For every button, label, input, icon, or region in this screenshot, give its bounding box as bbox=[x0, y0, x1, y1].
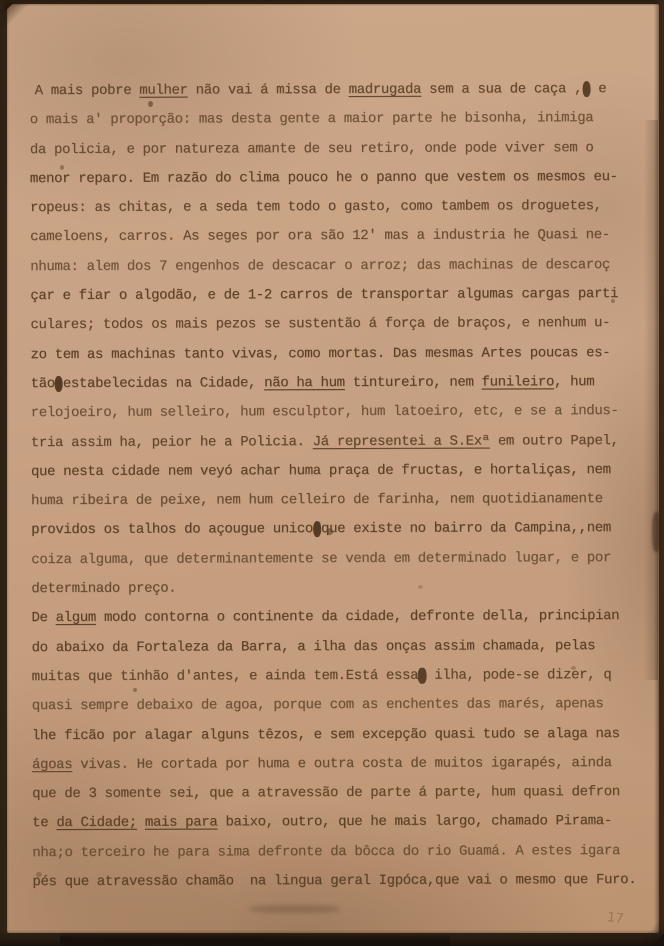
text-line: tãosestabelecidas na Cidade, não ha hum … bbox=[31, 368, 657, 399]
text-line: pés que atravessão chamão na lingua gera… bbox=[32, 866, 658, 897]
text-line: determinado preço. bbox=[31, 573, 657, 604]
text-line: ágoas vivas. He cortada por huma e outra… bbox=[32, 749, 658, 780]
text-line: nha;o terceiro he para sima defronte da … bbox=[32, 837, 658, 868]
text-line: que nesta cidade nem veyó achar huma pra… bbox=[31, 456, 657, 487]
text-line: o mais a' proporção: mas desta gente a m… bbox=[30, 104, 656, 135]
text-line: De algum modo contorna o continente da c… bbox=[31, 602, 657, 633]
text-line: culares; todos os mais pezos se sustentã… bbox=[30, 309, 656, 340]
pencil-page-number: 17 bbox=[607, 910, 625, 927]
text-block: A mais pobre mulher não vai á missa de m… bbox=[30, 75, 659, 897]
text-line: que de 3 somente sei, que a atravessão d… bbox=[32, 778, 658, 809]
text-line: menor reparo. Em razão do clima pouco he… bbox=[30, 163, 656, 194]
scan-edge-bottom-shadow bbox=[60, 932, 450, 946]
text-line: A mais pobre mulher não vai á missa de m… bbox=[30, 75, 656, 106]
text-line: cameloens, carros. As seges por ora são … bbox=[30, 221, 656, 252]
text-line: nhuma: alem dos 7 engenhos de descacar o… bbox=[30, 251, 656, 282]
text-line: lhe ficão por alagar alguns têzos, e sem… bbox=[32, 719, 658, 750]
text-line: quasi sempre debaixo de agoa, porque com… bbox=[32, 690, 658, 721]
text-line: çar e fiar o algodão, e de 1-2 carros de… bbox=[30, 280, 656, 311]
text-line: zo tem as machinas tanto vivas, como mor… bbox=[30, 339, 656, 370]
text-line: coiza alguma, que determinantemente se v… bbox=[31, 544, 657, 575]
text-line: da policia, e por natureza amante de seu… bbox=[30, 134, 656, 165]
text-line: ropeus: as chitas, e a seda tem todo o g… bbox=[30, 192, 656, 223]
text-line: do abaixo da Fortaleza da Barra, a ilha … bbox=[32, 632, 658, 663]
scan-background: { "page": { "kind": "scanned-typewritten… bbox=[0, 0, 664, 946]
text-line: te da Cidade; mais para baixo, outro, qu… bbox=[32, 807, 658, 838]
text-line: huma ribeira de peixe, nem hum celleiro … bbox=[31, 485, 657, 516]
text-line: relojoeiro, hum selleiro, hum esculptor,… bbox=[31, 397, 657, 428]
text-line: tria assim ha, peior he a Policia. Já re… bbox=[31, 426, 657, 457]
text-line: muitas que tinhão d'antes, e ainda tem.E… bbox=[32, 661, 658, 692]
text-line: providos os talhos do açougue unicodque … bbox=[31, 514, 657, 545]
